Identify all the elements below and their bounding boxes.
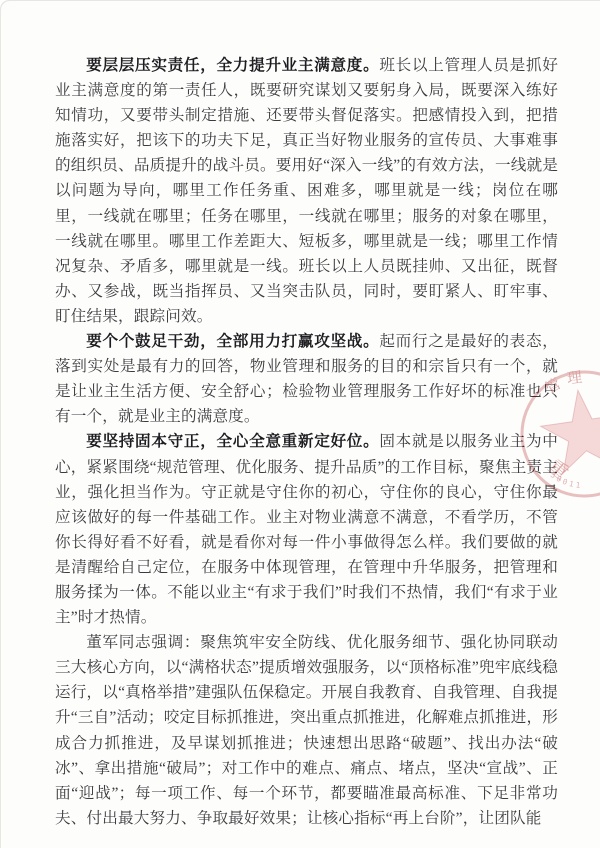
paragraph-text: 固本就是以服务业主为中心，紧紧围绕“规范管理、优化服务、提升品质”的工作目标，聚… (55, 433, 558, 626)
paragraph-text: 董军同志强调：聚焦筑牢安全防线、优化服务细节、强化协同联动三大核心方向，以“满格… (55, 634, 558, 827)
paragraph-lead: 要个个鼓足干劲，全部用力打赢攻坚战。 (86, 333, 379, 350)
paragraph-lead: 要坚持固本守正，全心全意重新定好位。 (86, 433, 379, 450)
paragraph: 要层层压实责任，全力提升业主满意度。班长以上管理人员是抓好业主满意度的第一责任人… (55, 53, 558, 329)
paragraph-text: 班长以上管理人员是抓好业主满意度的第一责任人，既要研究谋划又要躬身入局，既要深入… (55, 57, 558, 325)
document-page: 要层层压实责任，全力提升业主满意度。班长以上管理人员是抓好业主满意度的第一责任人… (0, 0, 600, 848)
paragraph-lead: 要层层压实责任，全力提升业主满意度。 (86, 57, 379, 74)
paragraph: 要坚持固本守正，全心全意重新定好位。固本就是以服务业主为中心，紧紧围绕“规范管理… (55, 429, 558, 630)
document-body: 要层层压实责任，全力提升业主满意度。班长以上管理人员是抓好业主满意度的第一责任人… (55, 53, 558, 831)
paragraph: 要个个鼓足干劲，全部用力打赢攻坚战。起而行之是最好的表态，落到实处是最有力的回答… (55, 329, 558, 429)
paragraph: 董军同志强调：聚焦筑牢安全防线、优化服务细节、强化协同联动三大核心方向，以“满格… (55, 630, 558, 831)
